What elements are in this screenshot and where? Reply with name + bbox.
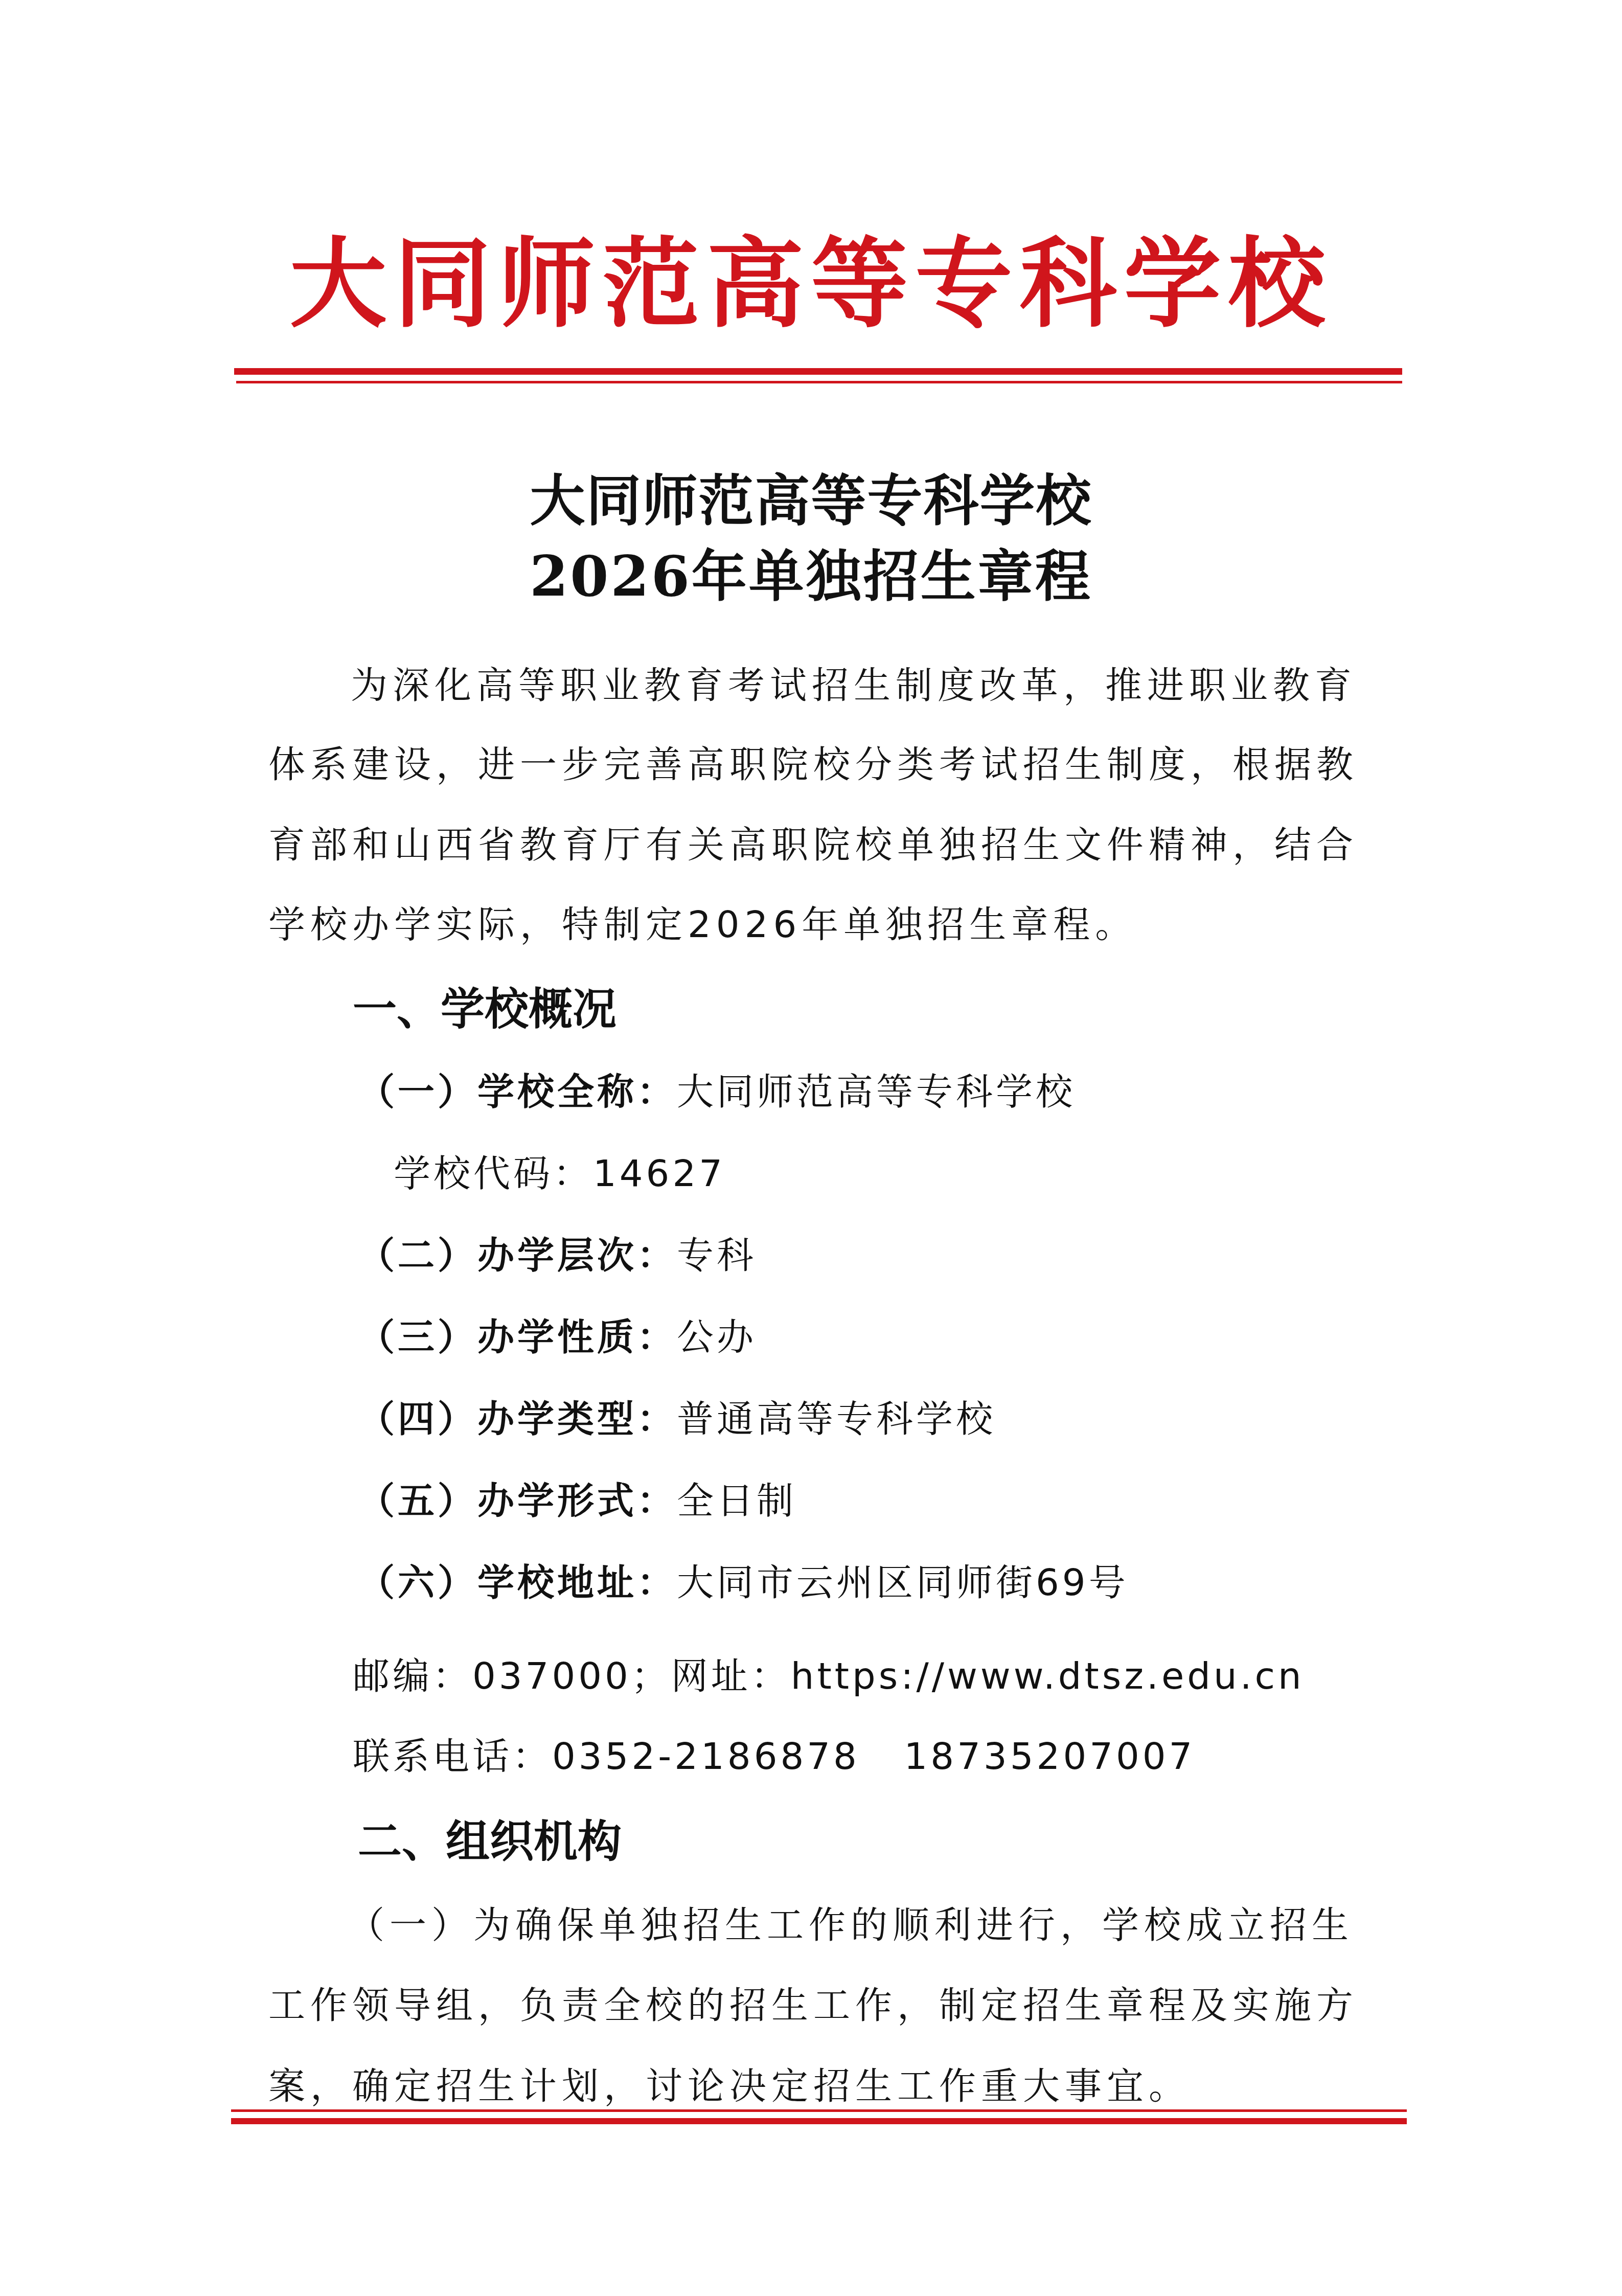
info-label: （五）办学形式： [358, 1479, 677, 1522]
info-label: （二）办学层次： [358, 1234, 677, 1277]
info-item-type: （四）办学类型：普通高等专科学校 [358, 1393, 996, 1444]
document-title-line2: 2026年单独招生章程 [0, 541, 1622, 612]
letterhead-org-name: 大同师范高等专科学校 [0, 233, 1622, 335]
info-item-full-name: （一）学校全称：大同师范高等专科学校 [358, 1066, 1076, 1117]
intro-line: 育部和山西省教育厅有关高职院校单独招生文件精神，结合 [268, 819, 1358, 870]
org-line: 工作领导组，负责全校的招生工作，制定招生章程及实施方 [268, 1980, 1358, 2031]
footer-rule-thin [231, 2109, 1407, 2112]
intro-line: 为深化高等职业教育考试招生制度改革，推进职业教育 [351, 660, 1357, 711]
info-label: （一）学校全称： [358, 1070, 677, 1113]
info-value: 学校代码：14627 [394, 1152, 725, 1195]
intro-line: 体系建设，进一步完善高职院校分类考试招生制度，根据教 [268, 739, 1358, 790]
letterhead-rule-thick [234, 368, 1402, 375]
postcode-website-line: 邮编：037000；网址：https://www.dtsz.edu.cn [353, 1650, 1305, 1701]
info-label: （三）办学性质： [358, 1315, 677, 1358]
info-item-address: （六）学校地址：大同市云州区同师街69号 [358, 1557, 1129, 1608]
info-value: 专科 [677, 1234, 757, 1277]
info-item-nature: （三）办学性质：公办 [358, 1311, 757, 1362]
info-value: 全日制 [677, 1479, 796, 1522]
info-value: 公办 [677, 1315, 757, 1358]
info-item-form: （五）办学形式：全日制 [358, 1475, 796, 1526]
info-value: 大同师范高等专科学校 [677, 1070, 1076, 1113]
org-line: 案，确定招生计划，讨论决定招生工作重大事宜。 [268, 2060, 1191, 2111]
section-heading-school-overview: 一、学校概况 [353, 982, 616, 1038]
phone-text: 联系电话：0352-2186878 18735207007 [353, 1735, 1195, 1778]
info-value: 大同市云州区同师街69号 [677, 1561, 1129, 1604]
phone-line: 联系电话：0352-2186878 18735207007 [353, 1731, 1195, 1782]
postcode-website-text: 邮编：037000；网址：https://www.dtsz.edu.cn [353, 1654, 1305, 1697]
info-label: （六）学校地址： [358, 1561, 677, 1604]
section-heading-organization: 二、组织机构 [358, 1814, 622, 1870]
document-title-line1: 大同师范高等专科学校 [0, 465, 1622, 537]
letterhead-rule-thin [236, 381, 1402, 383]
footer-rule-thick [231, 2118, 1407, 2124]
info-value: 普通高等专科学校 [677, 1397, 996, 1440]
info-label: （四）办学类型： [358, 1397, 677, 1440]
info-item-level: （二）办学层次：专科 [358, 1230, 757, 1281]
intro-line: 学校办学实际，特制定2026年单独招生章程。 [268, 899, 1137, 950]
org-line: （一）为确保单独招生工作的顺利进行，学校成立招生 [348, 1899, 1354, 1950]
info-item-school-code: 学校代码：14627 [394, 1148, 725, 1199]
